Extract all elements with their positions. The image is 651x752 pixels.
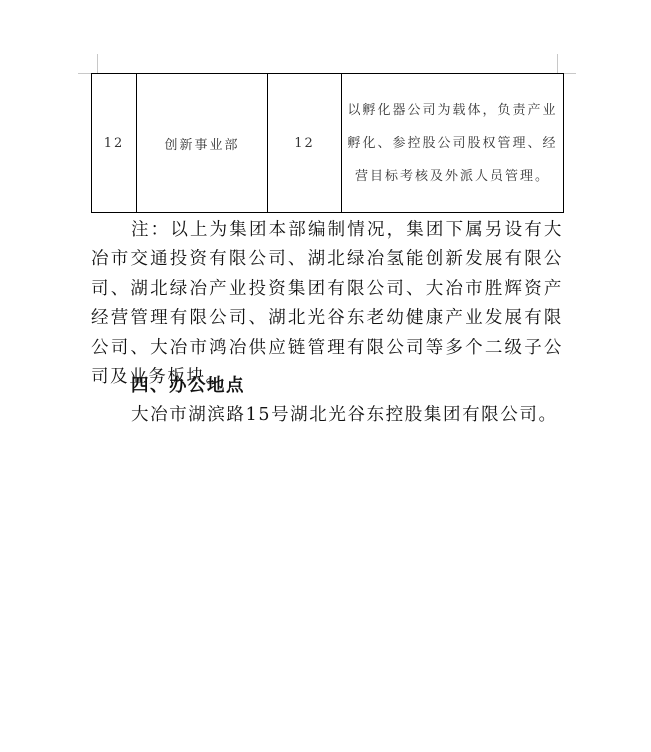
crop-mark-left-vertical: [97, 54, 98, 73]
section-heading: 四、办公地点: [131, 372, 245, 397]
address-paragraph: 大冶市湖滨路15号湖北光谷东控股集团有限公司。: [91, 401, 563, 430]
table-row: 12 创新事业部 12 以孵化器公司为载体，负责产业孵化、参控股公司股权管理、经…: [92, 74, 564, 213]
headcount-cell: 12: [268, 74, 342, 213]
note-paragraph: 注：以上为集团本部编制情况，集团下属另设有大冶市交通投资有限公司、湖北绿冶氢能创…: [91, 216, 563, 392]
staffing-table: 12 创新事业部 12 以孵化器公司为载体，负责产业孵化、参控股公司股权管理、经…: [91, 73, 564, 213]
department-cell: 创新事业部: [137, 74, 268, 213]
crop-mark-right-vertical: [557, 54, 558, 73]
row-index-cell: 12: [92, 74, 137, 213]
duties-cell: 以孵化器公司为载体，负责产业孵化、参控股公司股权管理、经营目标考核及外派人员管理…: [342, 74, 564, 213]
